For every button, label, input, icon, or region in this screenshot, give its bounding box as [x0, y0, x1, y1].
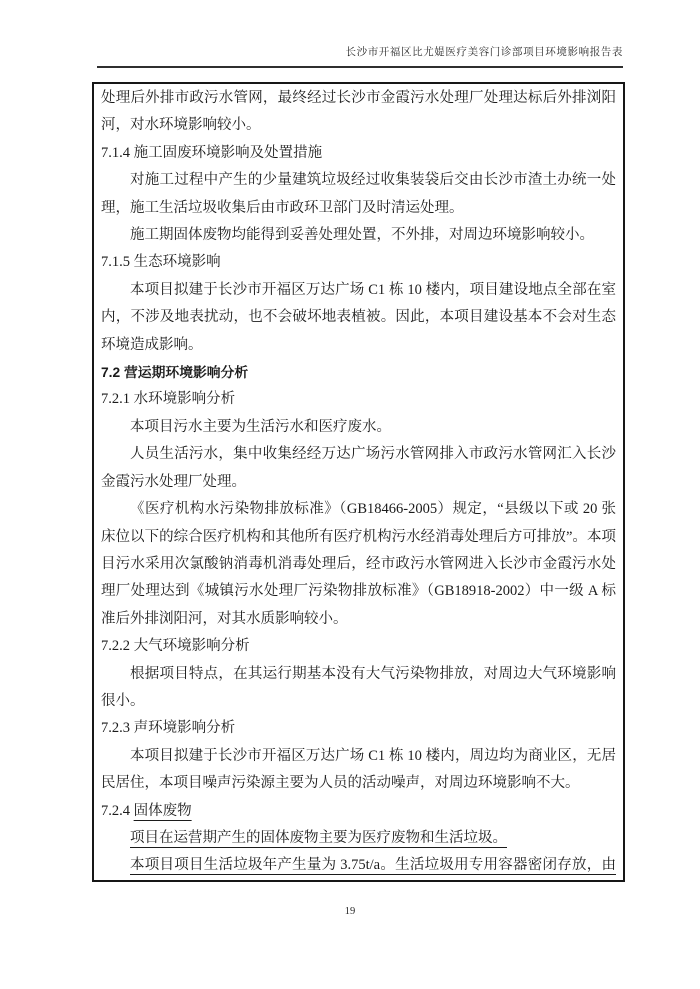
paragraph: 本项目拟建于长沙市开福区万达广场 C1 栋 10 楼内，项目建设地点全部在室内，… — [101, 277, 616, 359]
section-heading: 7.2 营运期环境影响分析 — [101, 359, 616, 386]
section-heading: 7.1.5 生态环境影响 — [101, 249, 616, 276]
paragraph: 处理后外排市政污水管网，最终经过长沙市金霞污水处理厂处理达标后外排浏阳河，对水环… — [101, 85, 616, 140]
paragraph: 施工期固体废物均能得到妥善处理处置，不外排，对周边环境影响较小。 — [101, 222, 616, 249]
section-heading: 7.2.3 声环境影响分析 — [101, 715, 616, 742]
paragraph: 项目在运营期产生的固体废物主要为医疗废物和生活垃圾。 — [101, 825, 616, 852]
paragraph: 对施工过程中产生的少量建筑垃圾经过收集装袋后交由长沙市渣土办统一处理，施工生活垃… — [101, 167, 616, 222]
paragraph: 本项目拟建于长沙市开福区万达广场 C1 栋 10 楼内，周边均为商业区，无居民居… — [101, 743, 616, 798]
page-header-title: 长沙市开福区比尤媞医疗美容门诊部项目环境影响报告表 — [97, 44, 623, 59]
paragraph: 根据项目特点，在其运行期基本没有大气污染物排放，对周边大气环境影响很小。 — [101, 661, 616, 716]
header-rule — [97, 66, 623, 68]
paragraph: 《医疗机构水污染物排放标准》（GB18466-2005）规定，“县级以下或 20… — [101, 496, 616, 633]
page-number: 19 — [0, 906, 700, 917]
document-body: 处理后外排市政污水管网，最终经过长沙市金霞污水处理厂处理达标后外排浏阳河，对水环… — [92, 82, 625, 882]
paragraph: 人员生活污水，集中收集经经万达广场污水管网排入市政污水管网汇入长沙金霞污水处理厂… — [101, 441, 616, 496]
section-title: 固体废物 — [134, 803, 192, 819]
section-heading: 7.2.2 大气环境影响分析 — [101, 633, 616, 660]
paragraph: 本项目项目生活垃圾年产生量为 3.75t/a。生活垃圾用专用容器密闭存放，由环卫… — [101, 852, 616, 882]
paragraph: 本项目污水主要为生活污水和医疗废水。 — [101, 414, 616, 441]
section-heading: 7.2.4 固体废物 — [101, 798, 616, 825]
section-heading: 7.2.1 水环境影响分析 — [101, 386, 616, 413]
section-number: 7.2.4 — [101, 803, 134, 819]
report-page: 长沙市开福区比尤媞医疗美容门诊部项目环境影响报告表 处理后外排市政污水管网，最终… — [0, 0, 700, 989]
section-heading: 7.1.4 施工固废环境影响及处置措施 — [101, 140, 616, 167]
